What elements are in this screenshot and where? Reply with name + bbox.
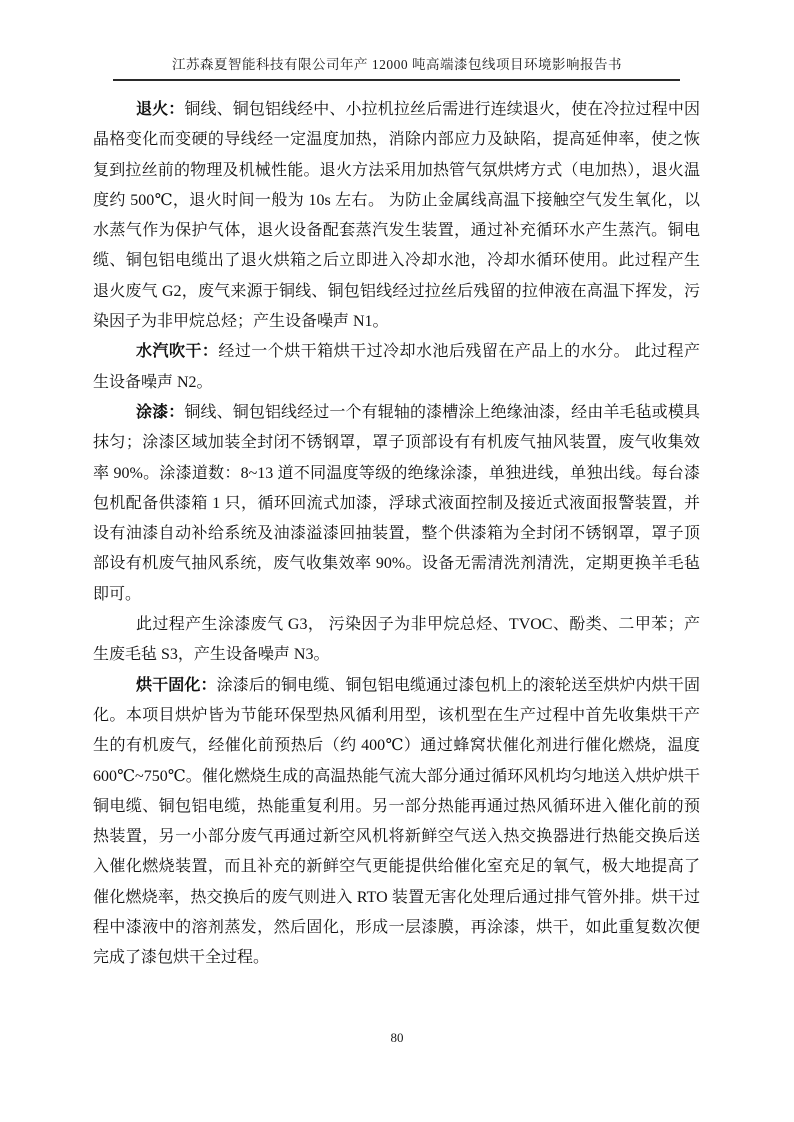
paragraph-text: 铜线、铜包铝线经中、小拉机拉丝后需进行连续退火，使在冷拉过程中因晶格变化而变硬的… bbox=[93, 101, 700, 330]
paragraph-text: 涂漆后的铜电缆、铜包铝电缆通过漆包机上的滚轮送至烘炉内烘干固化。本项目烘炉皆为节… bbox=[93, 677, 700, 967]
paragraph-text: 铜线、铜包铝线经过一个有辊轴的漆槽涂上绝缘油漆，经由羊毛毡或模具抹匀；涂漆区域加… bbox=[93, 404, 700, 603]
paragraph-lead: 涂漆： bbox=[136, 404, 184, 421]
document-page: 江苏森夏智能科技有限公司年产 12000 吨高端漆包线项目环境影响报告书 退火：… bbox=[0, 0, 794, 1122]
paragraph-steam-drying: 水汽吹干：经过一个烘干箱烘干过冷却水池后残留在产品上的水分。 此过程产生设备噪声… bbox=[93, 337, 700, 398]
paragraph-lead: 退火： bbox=[136, 101, 184, 118]
paragraph-text: 此过程产生涂漆废气 G3， 污染因子为非甲烷总烃、TVOC、酚类、二甲苯；产生废… bbox=[93, 616, 700, 663]
page-header-title: 江苏森夏智能科技有限公司年产 12000 吨高端漆包线项目环境影响报告书 bbox=[0, 53, 794, 73]
paragraph-painting-emissions: 此过程产生涂漆废气 G3， 污染因子为非甲烷总烃、TVOC、酚类、二甲苯；产生废… bbox=[93, 610, 700, 671]
header-rule bbox=[113, 79, 680, 81]
document-body: 退火：铜线、铜包铝线经中、小拉机拉丝后需进行连续退火，使在冷拉过程中因晶格变化而… bbox=[93, 95, 700, 974]
paragraph-lead: 烘干固化： bbox=[136, 677, 217, 694]
page-number: 80 bbox=[0, 1030, 794, 1046]
paragraph-annealing: 退火：铜线、铜包铝线经中、小拉机拉丝后需进行连续退火，使在冷拉过程中因晶格变化而… bbox=[93, 95, 700, 337]
paragraph-lead: 水汽吹干： bbox=[136, 343, 218, 360]
paragraph-drying-curing: 烘干固化：涂漆后的铜电缆、铜包铝电缆通过漆包机上的滚轮送至烘炉内烘干固化。本项目… bbox=[93, 671, 700, 974]
paragraph-painting: 涂漆：铜线、铜包铝线经过一个有辊轴的漆槽涂上绝缘油漆，经由羊毛毡或模具抹匀；涂漆… bbox=[93, 398, 700, 610]
